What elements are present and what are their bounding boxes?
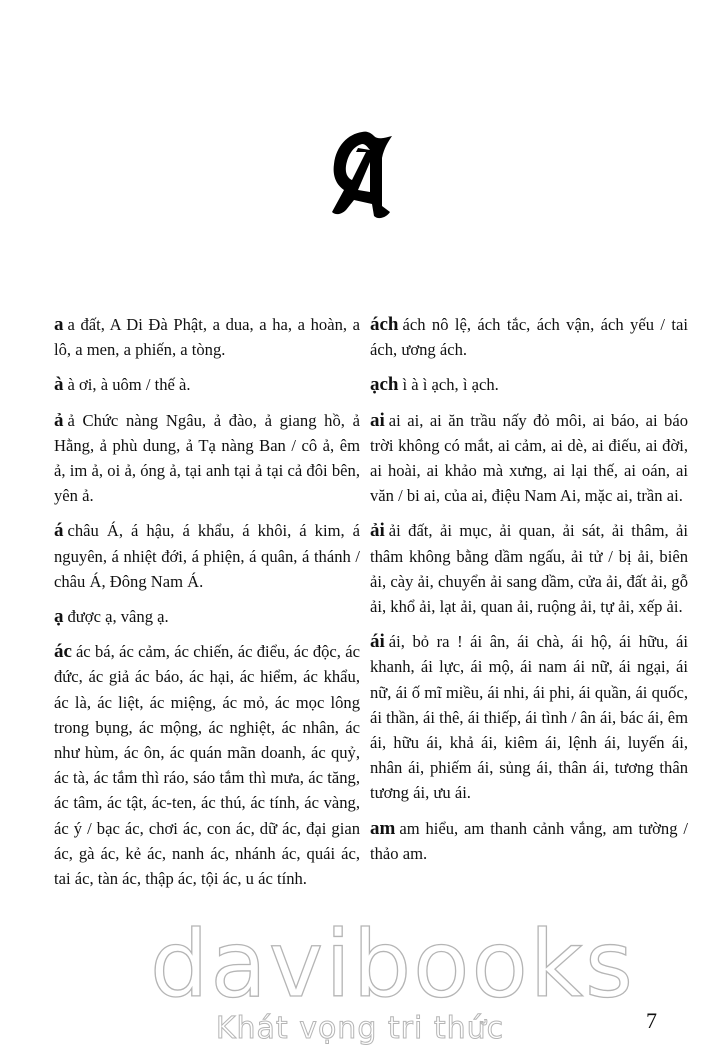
- entry-body: à ơi, à uôm / thế à.: [68, 375, 191, 394]
- dictionary-entry: ạđược ạ, vâng ạ.: [54, 604, 360, 629]
- dictionary-entry: ảiải đất, ải mục, ải quan, ải sát, ải th…: [370, 518, 688, 619]
- entry-body: a đất, A Di Đà Phật, a dua, a ha, a hoàn…: [54, 315, 360, 359]
- dictionary-entry: àà ơi, à uôm / thế à.: [54, 372, 360, 397]
- entry-body: ác bá, ác cảm, ác chiến, ác điểu, ác độc…: [54, 642, 360, 888]
- watermark-brand: davibooks: [150, 920, 570, 1010]
- headword: à: [54, 374, 64, 395]
- dictionary-entry: ácác bá, ác cảm, ác chiến, ác điểu, ác đ…: [54, 639, 360, 891]
- headword: ái: [370, 631, 385, 652]
- headword: ạ: [54, 606, 64, 627]
- dictionary-entry: ảả Chức nàng Ngâu, ả đào, ả giang hồ, ả …: [54, 408, 360, 509]
- entry-body: ai ai, ai ăn trầu nấy đỏ môi, ai báo, ai…: [370, 411, 688, 506]
- blackletter-a-icon: [322, 128, 392, 224]
- watermark: davibooks Khát vọng tri thức: [150, 920, 570, 1046]
- section-letter-a: [322, 128, 392, 224]
- page-number: 7: [646, 1008, 657, 1034]
- dictionary-entry: aa đất, A Di Đà Phật, a dua, a ha, a hoà…: [54, 312, 360, 362]
- headword: á: [54, 520, 64, 541]
- dictionary-entry: áchâu Á, á hậu, á khẩu, á khôi, á kim, á…: [54, 518, 360, 594]
- headword: ạch: [370, 374, 399, 395]
- entry-body: châu Á, á hậu, á khẩu, á khôi, á kim, á …: [54, 521, 360, 590]
- left-column: aa đất, A Di Đà Phật, a dua, a ha, a hoà…: [54, 312, 360, 901]
- entry-body: ải đất, ải mục, ải quan, ải sát, ải thâm…: [370, 521, 688, 616]
- entry-body: ái, bỏ ra ! ái ân, ái chà, ái hộ, ái hữu…: [370, 632, 688, 802]
- headword: ả: [54, 410, 64, 431]
- dictionary-entry: áiái, bỏ ra ! ái ân, ái chà, ái hộ, ái h…: [370, 629, 688, 805]
- dictionary-entry: aiai ai, ai ăn trầu nấy đỏ môi, ai báo, …: [370, 408, 688, 509]
- headword: a: [54, 314, 64, 335]
- headword: ải: [370, 520, 385, 541]
- headword: ác: [54, 641, 72, 662]
- entry-body: am hiểu, am thanh cảnh vắng, am tường / …: [370, 819, 688, 863]
- entry-body: ì à ì ạch, ì ạch.: [403, 375, 499, 394]
- entry-body: ách nô lệ, ách tắc, ách vận, ách yếu / t…: [370, 315, 688, 359]
- dictionary-entry: amam hiểu, am thanh cảnh vắng, am tường …: [370, 816, 688, 866]
- headword: ai: [370, 410, 385, 431]
- right-column: áchách nô lệ, ách tắc, ách vận, ách yếu …: [370, 312, 688, 876]
- watermark-tagline: Khát vọng tri thức: [150, 1012, 570, 1046]
- dictionary-entry: ạchì à ì ạch, ì ạch.: [370, 372, 688, 397]
- dictionary-entry: áchách nô lệ, ách tắc, ách vận, ách yếu …: [370, 312, 688, 362]
- entry-body: ả Chức nàng Ngâu, ả đào, ả giang hồ, ả H…: [54, 411, 360, 506]
- headword: am: [370, 818, 395, 839]
- entry-body: được ạ, vâng ạ.: [68, 607, 169, 626]
- headword: ách: [370, 314, 399, 335]
